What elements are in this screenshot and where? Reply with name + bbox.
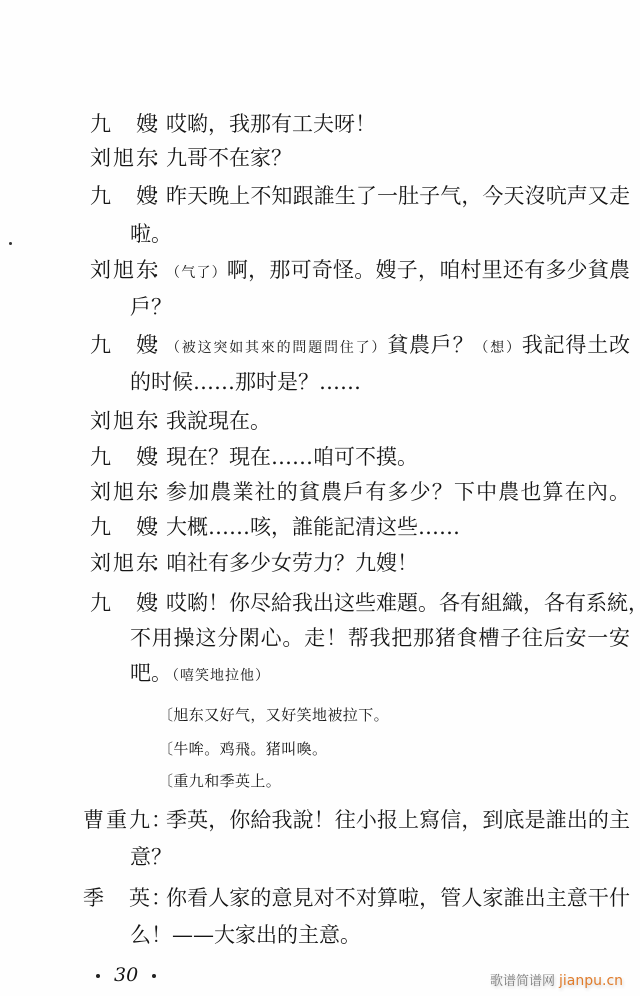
dialogue-continuation: 啦。 bbox=[0, 222, 640, 246]
dialogue-continuation: 意？ bbox=[0, 845, 640, 869]
inline-stage-direction: （被这突如其來的問題問住了） bbox=[166, 340, 387, 356]
dialogue-line: 九 嫂 ： （被这突如其來的問題問住了）貧農戶？（想）我記得土改 bbox=[0, 333, 640, 357]
dialogue-text: （被这突如其來的問題問住了）貧農戶？（想）我記得土改 bbox=[166, 333, 630, 360]
dialogue-segment: 啊，那可奇怪。嫂子，咱村里还有多少貧農 bbox=[227, 258, 630, 282]
dialogue-segment: 我記得土改 bbox=[522, 333, 630, 357]
dialogue-text: 意？ bbox=[130, 845, 172, 869]
dialogue-text: 啦。 bbox=[130, 222, 172, 246]
stage-direction: 〔旭东又好气，又好笑地被拉下。 bbox=[158, 705, 389, 725]
dialogue-text: 哎喲！你尽給我出这些难題。各有組織，各有系統， bbox=[166, 591, 630, 615]
dialogue-continuation: 不用操这分閑心。走！帮我把那猪食槽子往后安一安 bbox=[0, 626, 640, 650]
speaker-name: 曹重九 bbox=[83, 808, 153, 832]
speaker-colon: ： bbox=[151, 551, 163, 575]
dialogue-text: （气了）啊，那可奇怪。嫂子，咱村里还有多少貧農 bbox=[166, 258, 630, 285]
dialogue-text: 我說現在。 bbox=[166, 409, 271, 433]
dialogue-line: 曹重九 ： 季英，你給我說！往小报上寫信，到底是誰出的主 bbox=[0, 808, 640, 832]
dialogue-continuation: 么！——大家出的主意。 bbox=[0, 923, 640, 947]
dialogue-line: 九 嫂 ： 哎喲！你尽給我出这些难題。各有組織，各有系統， bbox=[0, 591, 640, 615]
dialogue-text: 的时候……那时是？…… bbox=[130, 370, 361, 394]
speaker-colon: ： bbox=[151, 258, 163, 282]
dialogue-continuation: 戶？ bbox=[0, 295, 640, 319]
inline-stage-direction: （想） bbox=[474, 340, 521, 356]
watermark-domain: jianpu.cn bbox=[559, 973, 623, 989]
dialogue-line: 刘旭东 ： 咱社有多少女劳力？九嫂！ bbox=[0, 551, 640, 575]
stage-direction: 〔牛哞。鸡飛。猪叫喚。 bbox=[158, 739, 327, 759]
dialogue-segment: 吧。 bbox=[130, 661, 172, 685]
dialogue-continuation: 的时候……那时是？…… bbox=[0, 370, 640, 394]
dialogue-text: 現在？現在……咱可不摸。 bbox=[166, 445, 418, 469]
page-number-dot bbox=[96, 974, 100, 978]
dialogue-text: 不用操这分閑心。走！帮我把那猪食槽子往后安一安 bbox=[130, 626, 630, 650]
dialogue-line: 季 英 ： 你看人家的意見对不对算啦，管人家誰出主意干什 bbox=[0, 886, 640, 910]
stage-direction: 〔重九和季英上。 bbox=[158, 771, 281, 791]
dialogue-line: 九 嫂 ： 大概……咳，誰能記清这些…… bbox=[0, 515, 640, 539]
dialogue-continuation: 吧。（嘻笑地拉他） bbox=[0, 661, 640, 685]
speaker-name: 九 嫂 bbox=[90, 515, 160, 539]
dialogue-line: 刘旭东 ： 参加農業社的貧農戶有多少？下中農也算在內。 bbox=[0, 480, 640, 504]
dialogue-text: 大概……咳，誰能記清这些…… bbox=[166, 515, 460, 539]
scanned-script-page: 九 嫂 ： 哎喲，我那有工夫呀！ 刘旭东 ： 九哥不在家？ 九 嫂 ： 昨天晚上… bbox=[0, 0, 640, 996]
speaker-name: 九 嫂 bbox=[90, 333, 160, 357]
speaker-colon: ： bbox=[151, 112, 163, 136]
speaker-name: 刘旭东 bbox=[90, 409, 160, 433]
speaker-name: 刘旭东 bbox=[90, 480, 160, 504]
speaker-colon: ： bbox=[151, 409, 163, 433]
dialogue-text: 季英，你給我說！往小报上寫信，到底是誰出的主 bbox=[166, 808, 630, 832]
dialogue-text: 参加農業社的貧農戶有多少？下中農也算在內。 bbox=[166, 480, 630, 504]
inline-stage-direction: （嘻笑地拉他） bbox=[172, 668, 270, 684]
speaker-name: 九 嫂 bbox=[90, 591, 160, 615]
speaker-colon: ： bbox=[151, 333, 163, 357]
dialogue-text: 吧。（嘻笑地拉他） bbox=[130, 661, 270, 688]
dialogue-line: 九 嫂 ： 哎喲，我那有工夫呀！ bbox=[0, 112, 640, 136]
speaker-name: 九 嫂 bbox=[90, 445, 160, 469]
speaker-colon: ： bbox=[151, 886, 163, 910]
speaker-name: 刘旭东 bbox=[90, 258, 160, 282]
dialogue-text: 九哥不在家？ bbox=[166, 146, 292, 170]
speaker-name: 九 嫂 bbox=[90, 112, 160, 136]
dialogue-line: 九 嫂 ： 昨天晚上不知跟誰生了一肚子气，今天沒吭声又走 bbox=[0, 184, 640, 208]
dialogue-line: 刘旭东 ： （气了）啊，那可奇怪。嫂子，咱村里还有多少貧農 bbox=[0, 258, 640, 282]
site-watermark: 歌谱简谱网jianpu.cn bbox=[490, 970, 623, 990]
speaker-colon: ： bbox=[151, 515, 163, 539]
dialogue-text: 哎喲，我那有工夫呀！ bbox=[166, 112, 376, 136]
speaker-name: 九 嫂 bbox=[90, 184, 160, 208]
speaker-colon: ： bbox=[151, 591, 163, 615]
watermark-site-name: 歌谱简谱网 bbox=[490, 974, 555, 989]
dialogue-line: 刘旭东 ： 九哥不在家？ bbox=[0, 146, 640, 170]
dialogue-text: 昨天晚上不知跟誰生了一肚子气，今天沒吭声又走 bbox=[166, 184, 630, 208]
speaker-colon: ： bbox=[151, 808, 163, 832]
dialogue-text: 么！——大家出的主意。 bbox=[130, 923, 361, 947]
page-number-value: 30 bbox=[114, 964, 138, 986]
speaker-name: 季 英 bbox=[83, 886, 153, 910]
dialogue-text: 咱社有多少女劳力？九嫂！ bbox=[166, 551, 418, 575]
dialogue-text: 你看人家的意見对不对算啦，管人家誰出主意干什 bbox=[166, 886, 630, 910]
dialogue-segment: 貧農戶？ bbox=[387, 333, 474, 357]
page-number: 30 bbox=[96, 962, 156, 988]
page-number-dot bbox=[152, 974, 156, 978]
speaker-name: 刘旭东 bbox=[90, 551, 160, 575]
speaker-colon: ： bbox=[151, 480, 163, 504]
speaker-colon: ： bbox=[151, 184, 163, 208]
dialogue-line: 九 嫂 ： 現在？現在……咱可不摸。 bbox=[0, 445, 640, 469]
speaker-colon: ： bbox=[151, 445, 163, 469]
speaker-name: 刘旭东 bbox=[90, 146, 160, 170]
dialogue-text: 戶？ bbox=[130, 295, 172, 319]
inline-stage-direction: （气了） bbox=[166, 265, 227, 281]
dialogue-line: 刘旭东 ： 我說現在。 bbox=[0, 409, 640, 433]
speaker-colon: ： bbox=[151, 146, 163, 170]
